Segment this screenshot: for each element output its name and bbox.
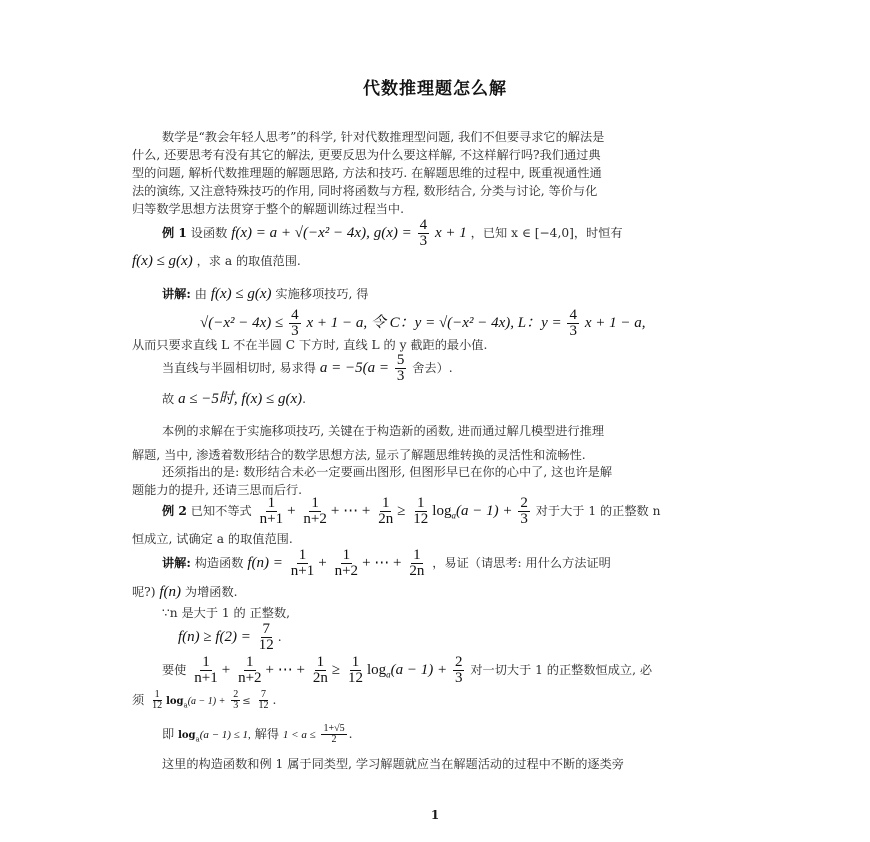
intro-line-4: 法的演练, 又注意特殊技巧的作用, 同时将函数与方程, 数形结合, 分类与讨论,… <box>132 182 740 200</box>
example-2-line-2: 恒成立, 试确定 a 的取值范围. <box>132 530 740 548</box>
remark-line-3: 还须指出的是: 数形结合未必一定要画出图形, 但图形早已在你的心中了, 这也许是… <box>132 463 770 481</box>
solution-2-line-5: 要使 1n+1+ 1n+2+ ⋯ + 12n≥ 112loga(a − 1) +… <box>132 655 770 686</box>
solution-1-line-4: 当直线与半圆相切时, 易求得 a = −5(a = 53 舍去）. <box>132 353 770 384</box>
solution-1-line-2: √(−x² − 4x) ≤ 43 x + 1 − a, 令 C：y = √(−x… <box>200 308 808 339</box>
solution-2-line-3: ∵n 是大于 1 的 正整数, <box>132 604 770 622</box>
remark-line-1: 本例的求解在于实施移项技巧, 关键在于构造新的函数, 进而通过解几模型进行推理 <box>132 422 770 440</box>
intro-line-1: 数学是“教会年轻人思考”的科学, 针对代数推理型问题, 我们不但要寻求它的解法是 <box>132 128 770 146</box>
example-2-statement: 例 2 已知不等式 1n+1+ 1n+2+ ⋯ + 12n≥ 112loga(a… <box>132 496 770 527</box>
example-1-label: 例 1 <box>162 226 187 240</box>
solution-label: 讲解: <box>162 287 191 301</box>
page-number: 1 <box>0 808 870 822</box>
remark-line-2: 解题, 当中, 渗透着数形结合的数学思想方法, 显示了解题思维转换的灵活性和流畅… <box>132 446 740 464</box>
solution-1-line-5: 故 a ≤ −5时, f(x) ≤ g(x). <box>132 390 770 408</box>
intro-line-3: 型的问题, 解析代数推理题的解题思路, 方法和技巧. 在解题思维的过程中, 既重… <box>132 164 740 182</box>
solution-2-line-8: 这里的构造函数和例 1 属于同类型, 学习解题就应当在解题活动的过程中不断的逐类… <box>132 755 770 773</box>
solution-1-line-1: 讲解: 由 f(x) ≤ g(x) 实施移项技巧, 得 <box>132 285 770 303</box>
solution-2-line-6: 须 112loga(a − 1) + 23≤ 712. <box>132 690 740 714</box>
intro-line-5: 归等数学思想方法贯穿于整个的解题训练过程当中. <box>132 200 740 218</box>
example-1-statement: 例 1 设函数 f(x) = a + √(−x² − 4x), g(x) = 4… <box>132 218 770 249</box>
page-title: 代数推理题怎么解 <box>0 74 870 99</box>
example-1-statement-line-2: f(x) ≤ g(x) ，求 a 的取值范围. <box>132 252 740 270</box>
document-page: 代数推理题怎么解 数学是“教会年轻人思考”的科学, 针对代数推理型问题, 我们不… <box>0 0 870 842</box>
example-2-label: 例 2 <box>162 504 187 518</box>
fraction: 43 <box>418 218 430 249</box>
solution-2-line-1: 讲解: 构造函数 f(n) = 1n+1+ 1n+2+ ⋯ + 12n ，易证（… <box>132 548 770 579</box>
solution-2-line-4: f(n) ≥ f(2) = 712. <box>178 622 786 653</box>
intro-line-2: 什么, 还要思考有没有其它的解法, 更要反思为什么要这样解, 不这样解行吗?我们… <box>132 146 740 164</box>
f-definition: f(x) = a + √(−x² − 4x), <box>231 225 370 241</box>
solution-1-line-3: 从而只要求直线 L 不在半圆 C 下方时, 直线 L 的 y 截距的最小值. <box>132 336 740 354</box>
solution-2-line-2: 呢?) f(n) 为增函数. <box>132 583 740 601</box>
solution-2-line-7: 即 loga(a − 1) ≤ 1, 解得 1 < a ≤ 1+√52. <box>132 724 770 748</box>
